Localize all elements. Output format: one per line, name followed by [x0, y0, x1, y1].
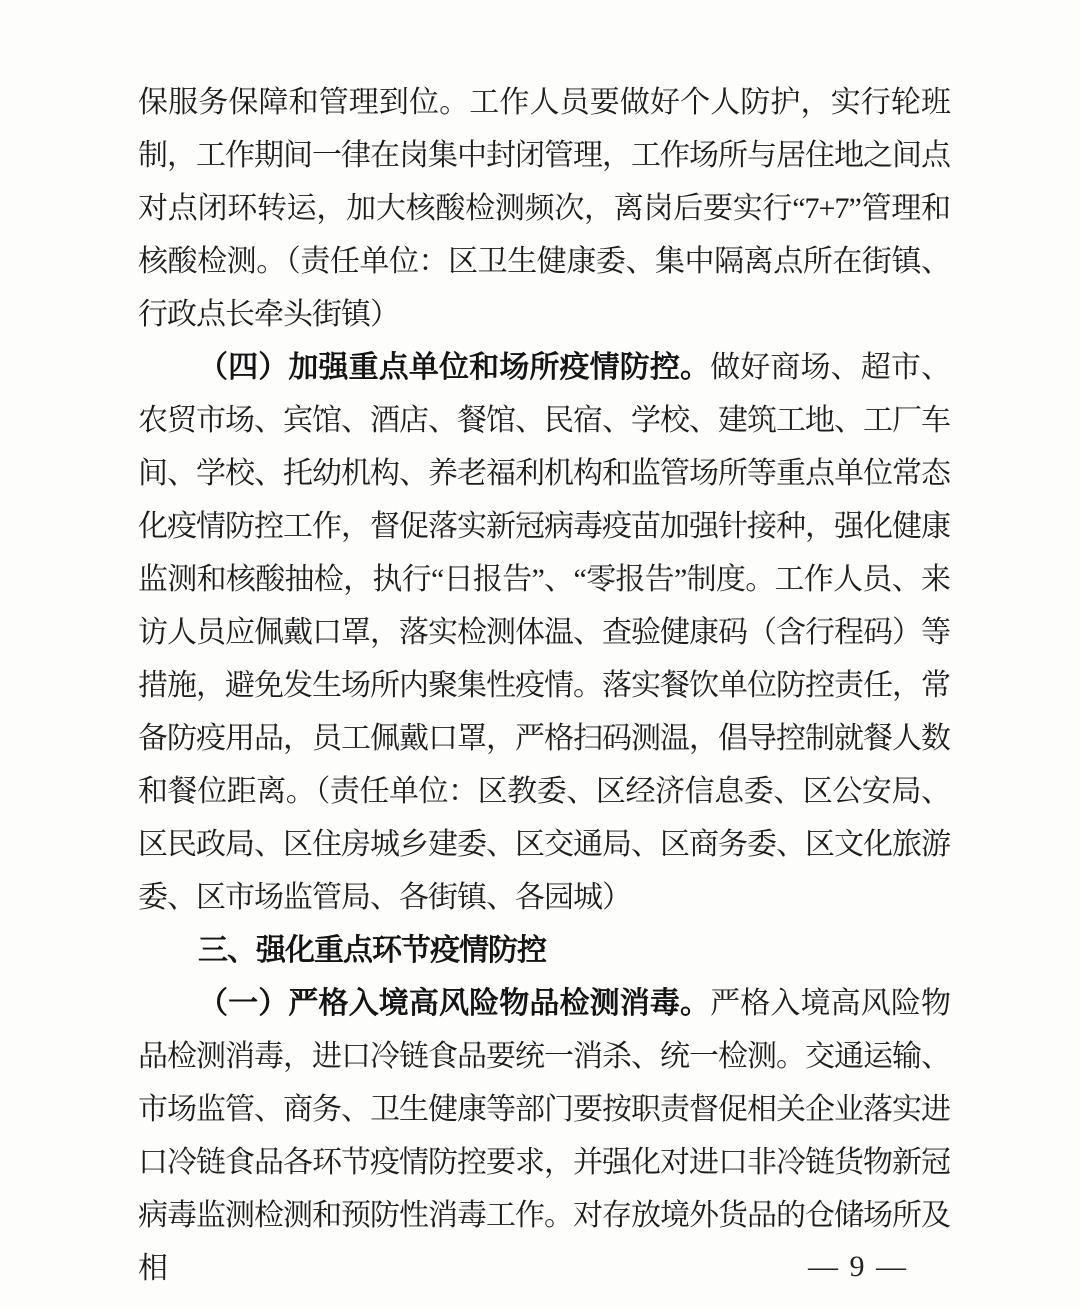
paragraph-text: 保服务保障和管理到位。工作人员要做好个人防护，实行轮班制，工作期间一律在岗集中封…	[138, 86, 950, 331]
paragraph-lead-bold: （四）加强重点单位和场所疫情防控。	[198, 351, 710, 384]
paragraph-text: 严格入境高风险物品检测消毒，进口冷链食品要统一消杀、统一检测。交通运输、市场监管…	[138, 987, 950, 1285]
paragraph-text: 做好商场、超市、农贸市场、宾馆、酒店、餐馆、民宿、学校、建筑工地、工厂车间、学校…	[138, 351, 950, 914]
document-page: 保服务保障和管理到位。工作人员要做好个人防护，实行轮班制，工作期间一律在岗集中封…	[0, 0, 1080, 1309]
document-body: 保服务保障和管理到位。工作人员要做好个人防护，实行轮班制，工作期间一律在岗集中封…	[138, 76, 950, 1295]
paragraph: （一）严格入境高风险物品检测消毒。严格入境高风险物品检测消毒，进口冷链食品要统一…	[138, 977, 950, 1295]
paragraph-lead-bold: （一）严格入境高风险物品检测消毒。	[198, 987, 710, 1020]
paragraph: 保服务保障和管理到位。工作人员要做好个人防护，实行轮班制，工作期间一律在岗集中封…	[138, 76, 950, 341]
paragraph: （四）加强重点单位和场所疫情防控。做好商场、超市、农贸市场、宾馆、酒店、餐馆、民…	[138, 341, 950, 924]
page-number: — 9 —	[808, 1250, 908, 1284]
paragraph-lead-bold: 三、强化重点环节疫情防控	[198, 934, 546, 967]
section-heading: 三、强化重点环节疫情防控	[138, 924, 950, 977]
